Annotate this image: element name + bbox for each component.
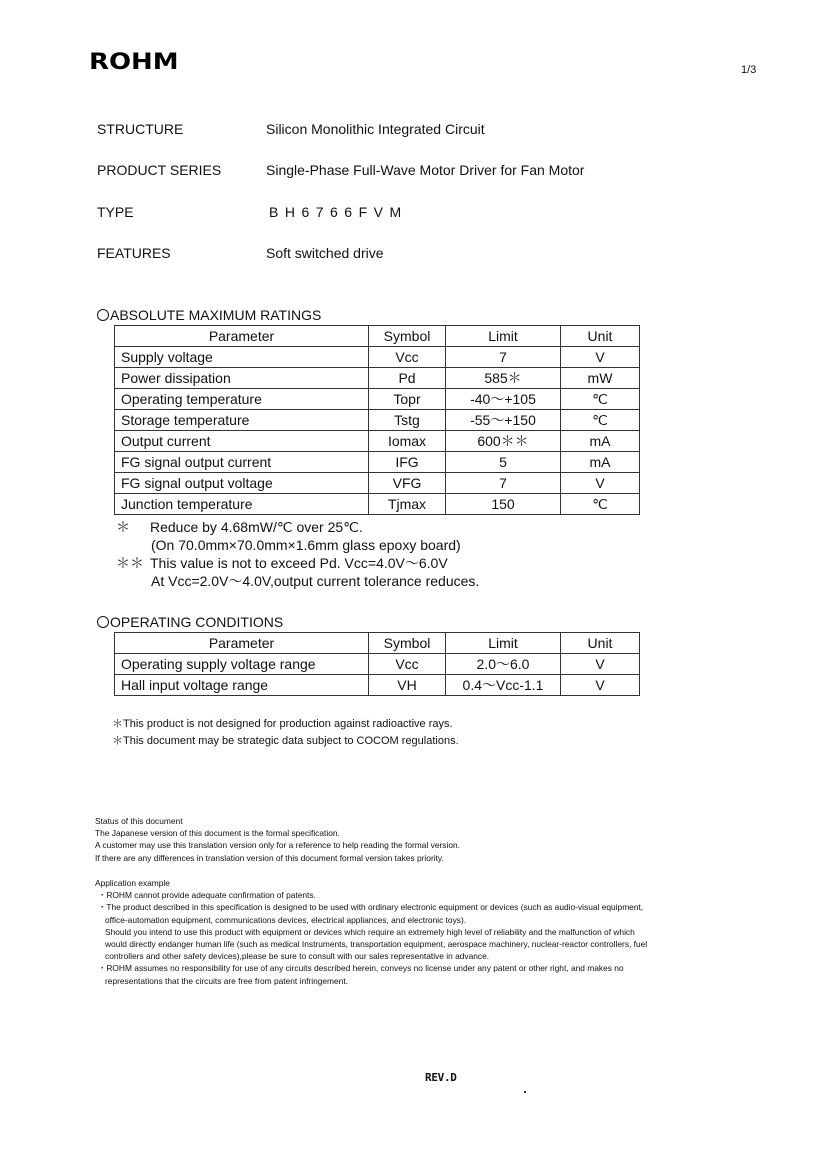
status-line: If there are any differences in translat…: [95, 852, 460, 864]
table-row: Operating temperatureTopr-40～+105℃: [115, 389, 640, 410]
cell-symbol: Tjmax: [369, 494, 446, 515]
cell-unit: mA: [561, 452, 640, 473]
header-parameter: Parameter: [115, 326, 369, 347]
cell-symbol: Iomax: [369, 431, 446, 452]
cell-parameter: Hall input voltage range: [115, 675, 369, 696]
table-row: FG signal output voltageVFG7V: [115, 473, 640, 494]
spec-value: Silicon Monolithic Integrated Circuit: [266, 121, 485, 137]
application-line: ・The product described in this specifica…: [95, 901, 647, 913]
table-row: Supply voltageVcc7V: [115, 347, 640, 368]
circle-bullet-icon: [97, 616, 109, 628]
spec-label: STRUCTURE: [97, 121, 183, 137]
cell-unit: V: [561, 654, 640, 675]
application-line: ・ROHM cannot provide adequate confirmati…: [95, 889, 647, 901]
table-row: FG signal output currentIFG5mA: [115, 452, 640, 473]
cell-limit: 150: [446, 494, 561, 515]
cell-parameter: Operating supply voltage range: [115, 654, 369, 675]
status-line: The Japanese version of this document is…: [95, 827, 460, 839]
cell-unit: V: [561, 473, 640, 494]
disclaimer-line: ＊This product is not designed for produc…: [112, 716, 459, 733]
application-example: Application example ・ROHM cannot provide…: [95, 877, 647, 987]
asterisk-mark: ＊: [116, 518, 130, 536]
scan-dot: [524, 1091, 526, 1093]
cell-symbol: Tstg: [369, 410, 446, 431]
note-text: Reduce by 4.68mW/℃ over 25℃.: [150, 518, 363, 536]
cell-limit: -55～+150: [446, 410, 561, 431]
disclaimer-line: ＊This document may be strategic data sub…: [112, 733, 459, 750]
header-unit: Unit: [561, 326, 640, 347]
table-row: Storage temperatureTstg-55～+150℃: [115, 410, 640, 431]
operating-title: OPERATING CONDITIONS: [97, 614, 283, 630]
page-number: 1/3: [741, 64, 756, 76]
cell-limit: 600＊＊: [446, 431, 561, 452]
application-heading: Application example: [95, 877, 647, 889]
cell-unit: mW: [561, 368, 640, 389]
application-line: would directly endanger human life (such…: [95, 938, 647, 950]
header-unit: Unit: [561, 633, 640, 654]
cell-limit: 5: [446, 452, 561, 473]
section-title-text: ABSOLUTE MAXIMUM RATINGS: [110, 307, 321, 323]
header-symbol: Symbol: [369, 326, 446, 347]
cell-parameter: Operating temperature: [115, 389, 369, 410]
document-status: Status of this document The Japanese ver…: [95, 815, 460, 864]
circle-bullet-icon: [97, 309, 109, 321]
header-limit: Limit: [446, 326, 561, 347]
cell-limit: 0.4～Vcc-1.1: [446, 675, 561, 696]
application-line: Should you intend to use this product wi…: [95, 926, 647, 938]
cell-unit: ℃: [561, 389, 640, 410]
cell-parameter: FG signal output current: [115, 452, 369, 473]
application-line: controllers and other safety devices),pl…: [95, 950, 647, 962]
absolute-max-ratings-table: Parameter Symbol Limit Unit Supply volta…: [114, 325, 640, 515]
spec-label: PRODUCT SERIES: [97, 162, 221, 178]
table-row: Operating supply voltage rangeVcc2.0～6.0…: [115, 654, 640, 675]
header-symbol: Symbol: [369, 633, 446, 654]
table-header-row: Parameter Symbol Limit Unit: [115, 326, 640, 347]
operating-conditions-table: Parameter Symbol Limit Unit Operating su…: [114, 632, 640, 696]
note-text: (On 70.0mm×70.0mm×1.6mm glass epoxy boar…: [151, 536, 461, 554]
cell-limit: 2.0～6.0: [446, 654, 561, 675]
cell-parameter: Supply voltage: [115, 347, 369, 368]
cell-symbol: Pd: [369, 368, 446, 389]
table-row: Power dissipationPd585＊mW: [115, 368, 640, 389]
status-line: A customer may use this translation vers…: [95, 839, 460, 851]
status-heading: Status of this document: [95, 815, 460, 827]
asterisk-mark: ＊＊: [116, 554, 144, 572]
cell-symbol: VFG: [369, 473, 446, 494]
revision-label: REV.D: [425, 1071, 457, 1084]
note-text: This value is not to exceed Pd. Vcc=4.0V…: [150, 554, 448, 572]
cell-symbol: IFG: [369, 452, 446, 473]
cell-parameter: Power dissipation: [115, 368, 369, 389]
application-line: ・ROHM assumes no responsibility for use …: [95, 962, 647, 974]
spec-value: BH6766FVM: [269, 204, 408, 220]
spec-value: Soft switched drive: [266, 245, 384, 261]
cell-parameter: Junction temperature: [115, 494, 369, 515]
header-limit: Limit: [446, 633, 561, 654]
rohm-logo: ROHM: [89, 52, 179, 74]
cell-unit: mA: [561, 431, 640, 452]
cell-limit: 585＊: [446, 368, 561, 389]
cell-parameter: Output current: [115, 431, 369, 452]
table-header-row: Parameter Symbol Limit Unit: [115, 633, 640, 654]
spec-value: Single-Phase Full-Wave Motor Driver for …: [266, 162, 584, 178]
application-line: office-automation equipment, communicati…: [95, 914, 647, 926]
cell-limit: 7: [446, 347, 561, 368]
cell-limit: -40～+105: [446, 389, 561, 410]
cell-parameter: Storage temperature: [115, 410, 369, 431]
note-text: At Vcc=2.0V～4.0V,output current toleranc…: [151, 572, 479, 590]
cell-unit: V: [561, 347, 640, 368]
cell-symbol: Vcc: [369, 654, 446, 675]
disclaimer-notes: ＊This product is not designed for produc…: [112, 716, 459, 750]
table-row: Output currentIomax600＊＊mA: [115, 431, 640, 452]
table-row: Hall input voltage rangeVH0.4～Vcc-1.1V: [115, 675, 640, 696]
cell-symbol: VH: [369, 675, 446, 696]
cell-unit: ℃: [561, 494, 640, 515]
cell-unit: ℃: [561, 410, 640, 431]
spec-label: TYPE: [97, 204, 134, 220]
cell-limit: 7: [446, 473, 561, 494]
cell-symbol: Topr: [369, 389, 446, 410]
spec-label: FEATURES: [97, 245, 171, 261]
table-row: Junction temperatureTjmax150℃: [115, 494, 640, 515]
section-title-text: OPERATING CONDITIONS: [110, 614, 283, 630]
cell-parameter: FG signal output voltage: [115, 473, 369, 494]
application-line: representations that the circuits are fr…: [95, 975, 647, 987]
cell-unit: V: [561, 675, 640, 696]
abs-max-title: ABSOLUTE MAXIMUM RATINGS: [97, 307, 321, 323]
cell-symbol: Vcc: [369, 347, 446, 368]
header-parameter: Parameter: [115, 633, 369, 654]
